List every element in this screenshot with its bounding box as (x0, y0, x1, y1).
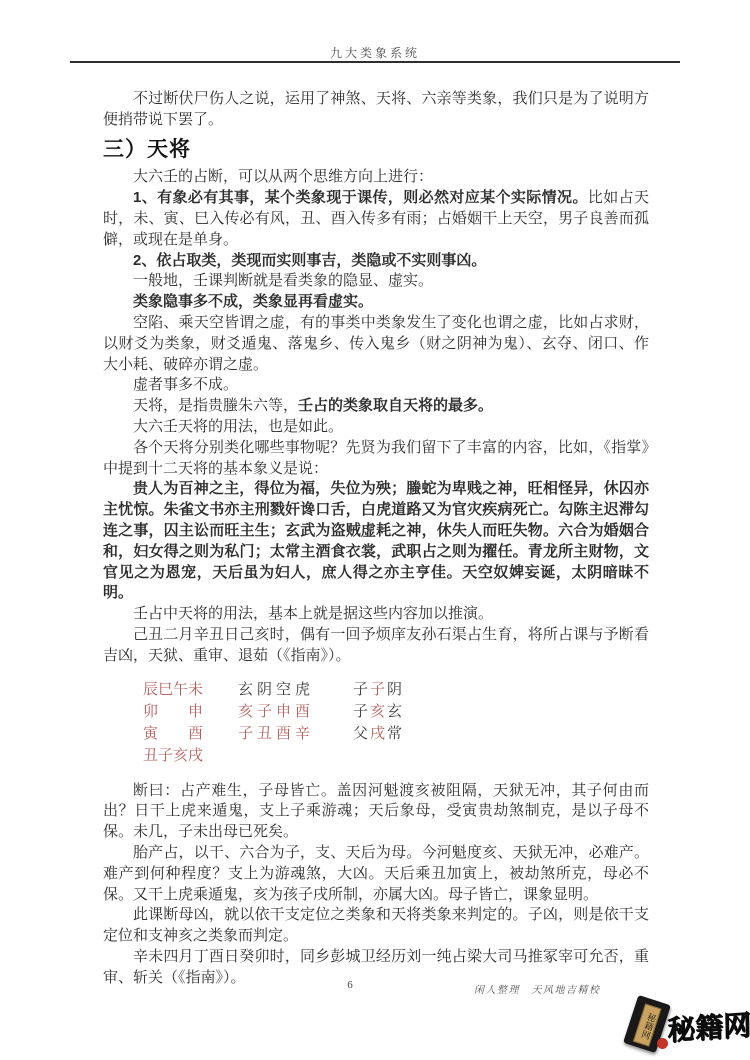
chart-cell: 子 (352, 701, 369, 723)
text-segment: 壬占中天将的用法，基本上就是据这些内容加以推演。 (133, 606, 493, 622)
paragraph: 胎产占，以干、六合为子，支、天后为母。今河魁度亥、天狱无冲，必难产。难产到何种程… (103, 843, 649, 905)
chart-cell: 虎 (293, 679, 312, 701)
paragraph: 虚者事多不成。 (103, 375, 649, 396)
chart-cell: 子 (158, 745, 173, 767)
secret-book-watermark: 秘籍网 秘籍网 (620, 984, 750, 1060)
section-heading: 三）天将 (103, 140, 649, 161)
text-segment: 虚者事多不成。 (133, 377, 238, 393)
paragraph: 一般地，壬课判断就是看类象的隐显、虚实。 (103, 271, 649, 292)
running-header-title: 九大类象系统 (0, 44, 750, 61)
text-segment: 大六壬天将的用法，也是如此。 (133, 419, 343, 435)
text-after-chart: 断曰：占产难生，子母皆亡。盖因河魁渡亥被阻隔，天狱无冲，其子何由而出？日干上虎来… (103, 781, 649, 989)
chart-row: 玄阴空虎 (236, 679, 312, 701)
text-segment: 空陷、乘天空皆谓之虚，有的事类中类象发生了变化也谓之虚，比如占求财，以财爻为类象… (103, 315, 649, 373)
chart-cell: 玄 (386, 701, 403, 723)
chart-cell: 戌 (369, 723, 386, 745)
paragraph: 断曰：占产难生，子母皆亡。盖因河魁渡亥被阻隔，天狱无冲，其子何由而出？日干上虎来… (103, 781, 649, 843)
chart-cell: 巳 (158, 679, 173, 701)
paragraph: 贵人为百神之主，得位为福，失位为殃；螣蛇为卑贱之神，旺相怪异，休囚亦主忧惊。朱雀… (103, 479, 649, 604)
text-segment: 此课断母凶，就以依干支定位之类象和天将类象来判定的。子凶，则是依干支定位和支神亥… (103, 907, 649, 944)
chart-cell: 亥 (236, 701, 255, 723)
liuren-chart: 辰巳午未卯 申寅 酉丑子亥戌 玄阴空虎亥子申酉子丑酉辛 子子阴子亥玄父戌常 (103, 679, 649, 767)
header-rule (70, 61, 680, 63)
text-segment: 贵人为百神之主，得位为福，失位为殃；螣蛇为卑贱之神，旺相怪异，休囚亦主忧惊。朱雀… (103, 480, 649, 601)
chart-cell: 酉 (293, 701, 312, 723)
chart-cell: 午 (173, 679, 188, 701)
paragraph: 空陷、乘天空皆谓之虚，有的事类中类象发生了变化也谓之虚，比如占求财，以财爻为类象… (103, 313, 649, 375)
paragraph: 各个天将分别类化哪些事物呢？先贤为我们留下了丰富的内容，比如，《指掌》中提到十二… (103, 438, 649, 480)
chart-cell: 寅 (143, 723, 158, 745)
paragraph: 不过断伏尸伤人之说，运用了神煞、天将、六亲等类象，我们只是为了说明方便捎带说下罢… (103, 89, 649, 131)
paragraph: 1、有象必有其事，某个类象现于课传，则必然对应某个实际情况。比如占天时，未、寅、… (103, 188, 649, 250)
footer-credits: 闲人整理 天风地吉精校 (474, 981, 601, 996)
chart-cell: 未 (188, 679, 203, 701)
chart-cell: 玄 (236, 679, 255, 701)
chart-cell: 亥 (369, 701, 386, 723)
chart-cell: 常 (386, 723, 403, 745)
logo-text: 秘籍网 (667, 1003, 750, 1049)
paragraph: 此课断母凶，就以依干支定位之类象和天将类象来判定的。子凶，则是依干支定位和支神亥… (103, 905, 649, 947)
text-segment: 一般地，壬课判断就是看类象的隐显、虚实。 (133, 273, 433, 289)
paragraph: 壬占中天将的用法，基本上就是据这些内容加以推演。 (103, 604, 649, 625)
chart-cell: 丑 (143, 745, 158, 767)
chart-cell: 父 (352, 723, 369, 745)
chart-three-transmissions: 子子阴子亥玄父戌常 (352, 679, 403, 745)
chart-row: 辰巳午未 (143, 679, 203, 701)
chart-row: 父戌常 (352, 723, 403, 745)
paragraph: 大六壬的占断，可以从两个思维方向上进行： (103, 167, 649, 188)
chart-cell: 丑 (255, 723, 274, 745)
text-segment: 天将，是指贵螣朱六等， (133, 398, 298, 414)
paragraph: 己丑二月辛丑日己亥时，偶有一回予烦庠友孙石渠占生育，将所占课与予断看吉凶，天狱、… (103, 625, 649, 667)
chart-row: 卯 申 (143, 701, 203, 723)
text-segment: 1、有象必有其事，某个类象现于课传，则必然对应某个实际情况。 (133, 189, 588, 206)
paragraph: 2、依占取类，类现而实则事吉，类隐或不实则事凶。 (103, 251, 649, 272)
chart-cell: 辛 (293, 723, 312, 745)
chart-cell: 酉 (274, 723, 293, 745)
chart-cell: 卯 (143, 701, 158, 723)
text-segment: 三）天将 (103, 138, 191, 161)
chart-cell: 子 (352, 679, 369, 701)
chart-cell: 戌 (188, 745, 203, 767)
paragraph: 类象隐事多不成，类象显再看虚实。 (103, 292, 649, 313)
paragraph: 大六壬天将的用法，也是如此。 (103, 417, 649, 438)
text-segment: 类象隐事多不成，类象显再看虚实。 (133, 293, 373, 310)
text-before-chart: 不过断伏尸伤人之说，运用了神煞、天将、六亲等类象，我们只是为了说明方便捎带说下罢… (103, 89, 649, 667)
chart-cell: 子 (236, 723, 255, 745)
chart-four-lessons: 玄阴空虎亥子申酉子丑酉辛 (236, 679, 312, 745)
paragraph: 天将，是指贵螣朱六等，壬占的类象取自天将的最多。 (103, 396, 649, 417)
chart-cell: 子 (255, 701, 274, 723)
chart-cell: 空 (274, 679, 293, 701)
chart-row: 子子阴 (352, 679, 403, 701)
chart-cell: 子 (369, 679, 386, 701)
body-text: 不过断伏尸伤人之说，运用了神煞、天将、六亲等类象，我们只是为了说明方便捎带说下罢… (103, 89, 649, 988)
chart-row: 子丑酉辛 (236, 723, 312, 745)
page-number: 6 (330, 979, 370, 991)
chart-cell: 申 (274, 701, 293, 723)
text-segment: 己丑二月辛丑日己亥时，偶有一回予烦庠友孙石渠占生育，将所占课与予断看吉凶，天狱、… (103, 627, 649, 664)
chart-row: 亥子申酉 (236, 701, 312, 723)
chart-cell: 阴 (255, 679, 274, 701)
chart-row: 丑子亥戌 (143, 745, 203, 767)
document-page: 九大类象系统 不过断伏尸伤人之说，运用了神煞、天将、六亲等类象，我们只是为了说明… (0, 0, 750, 1060)
text-segment: 不过断伏尸伤人之说，运用了神煞、天将、六亲等类象，我们只是为了说明方便捎带说下罢… (103, 91, 649, 128)
chart-cell: 申 (188, 701, 203, 723)
chart-cell: 亥 (173, 745, 188, 767)
text-segment: 大六壬的占断，可以从两个思维方向上进行： (133, 169, 433, 185)
text-segment: 2、依占取类，类现而实则事吉，类隐或不实则事凶。 (133, 252, 486, 269)
chart-row: 寅 酉 (143, 723, 203, 745)
chart-cell: 阴 (386, 679, 403, 701)
text-segment: 胎产占，以干、六合为子，支、天后为母。今河魁度亥、天狱无冲，必难产。难产到何种程… (103, 845, 649, 903)
chart-cell: 辰 (143, 679, 158, 701)
chart-row: 子亥玄 (352, 701, 403, 723)
text-segment: 断曰：占产难生，子母皆亡。盖因河魁渡亥被阻隔，天狱无冲，其子何由而出？日干上虎来… (103, 783, 649, 841)
chart-cell: 酉 (188, 723, 203, 745)
text-segment: 各个天将分别类化哪些事物呢？先贤为我们留下了丰富的内容，比如，《指掌》中提到十二… (103, 440, 649, 477)
chart-branch-square: 辰巳午未卯 申寅 酉丑子亥戌 (143, 679, 203, 767)
text-segment: 壬占的类象取自天将的最多。 (298, 397, 493, 414)
